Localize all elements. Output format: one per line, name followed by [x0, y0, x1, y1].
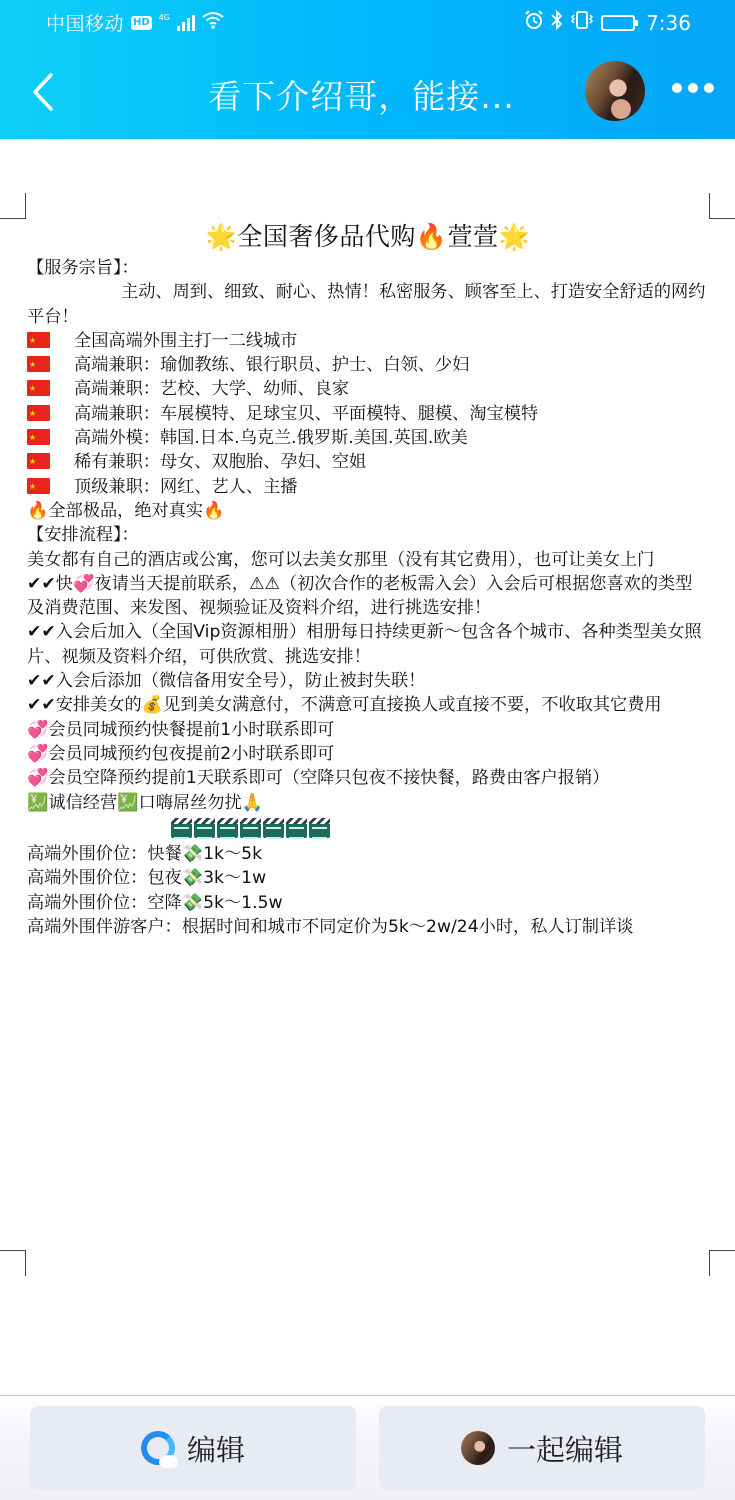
- edit-button[interactable]: 编辑: [30, 1406, 356, 1490]
- process-line: 💞会员同城预约包夜提前2小时联系即可: [27, 742, 709, 766]
- china-flag-icon: [27, 453, 50, 469]
- process-line: 💹诚信经营💹口嗨屌丝勿扰🙏: [27, 791, 709, 815]
- list-item: 高端外模：韩国.日本.乌克兰.俄罗斯.美国.英国.欧美: [27, 426, 709, 450]
- status-bar: 中国移动 HD 4G 7:36: [0, 0, 735, 45]
- price-line: 高端外围价位：快餐💸1k～5k: [27, 842, 709, 866]
- list-item: 高端兼职：瑜伽教练、银行职员、护士、白领、少妇: [27, 353, 709, 377]
- carrier-name: 中国移动: [46, 9, 124, 36]
- document-body[interactable]: 🌟全国奢侈品代购🔥萱萱🌟 【服务宗旨】： 主动、周到、细致、耐心、热情！私密服务…: [27, 219, 709, 939]
- clapperboard-icon: [217, 818, 238, 838]
- hd-badge: HD: [131, 16, 152, 30]
- cloud-edit-icon: [141, 1431, 175, 1465]
- margin-mark-bottom-left: [0, 1250, 26, 1276]
- china-flag-icon: [27, 332, 50, 348]
- nav-bar: 看下介绍哥，能接...: [0, 45, 735, 139]
- process-line: ✔✔快💞夜请当天提前联系，⚠⚠（初次合作的老板需入会）入会后可根据您喜欢的类型及…: [27, 572, 709, 621]
- process-line: ✔✔入会后添加（微信备用安全号），防止被封失联！: [27, 669, 709, 693]
- price-line: 高端外围伴游客户：根据时间和城市不同定价为5k～2w/24小时，私人订制详谈: [27, 915, 709, 939]
- more-button[interactable]: [672, 83, 714, 93]
- battery-icon: [601, 15, 635, 31]
- network-type: 4G: [159, 14, 170, 22]
- service-text: 主动、周到、细致、耐心、热情！私密服务、顾客至上、打造安全舒适的网约平台！: [27, 280, 709, 329]
- china-flag-icon: [27, 356, 50, 372]
- wifi-icon: [202, 11, 224, 34]
- price-line: 高端外围价位：包夜💸3k～1w: [27, 866, 709, 890]
- margin-mark-top-left: [0, 193, 26, 219]
- user-avatar[interactable]: [585, 61, 645, 121]
- process-line: ✔✔安排美女的💰见到美女满意付，不满意可直接换人或直接不要，不收取其它费用: [27, 693, 709, 717]
- process-heading: 【安排流程】：: [27, 523, 709, 547]
- list-item: 稀有兼职：母女、双胞胎、孕妇、空姐: [27, 450, 709, 474]
- list-item: 高端兼职：艺校、大学、幼师、良家: [27, 377, 709, 401]
- clapperboard-icon: [263, 818, 284, 838]
- bottom-action-bar: 编辑 一起编辑: [0, 1396, 735, 1500]
- clapperboard-icon: [309, 818, 330, 838]
- co-edit-button[interactable]: 一起编辑: [379, 1406, 705, 1490]
- china-flag-icon: [27, 429, 50, 445]
- edit-label: 编辑: [187, 1428, 245, 1469]
- list-item: 高端兼职：车展模特、足球宝贝、平面模特、腿模、淘宝模特: [27, 402, 709, 426]
- china-flag-icon: [27, 380, 50, 396]
- clapperboard-icon: [240, 818, 261, 838]
- list-item: 顶级兼职：网红、艺人、主播: [27, 475, 709, 499]
- price-line: 高端外围价位：空降💸5k～1.5w: [27, 891, 709, 915]
- status-left: 中国移动 HD 4G: [46, 9, 224, 36]
- app-header: 中国移动 HD 4G 7:36 看: [0, 0, 735, 139]
- clapperboard-icon: [171, 818, 192, 838]
- process-line: ✔✔入会后加入（全国Vip资源相册）相册每日持续更新～包含各个城市、各种类型美女…: [27, 620, 709, 669]
- clapperboard-icon: [286, 818, 307, 838]
- process-line: 💞会员同城预约快餐提前1小时联系即可: [27, 718, 709, 742]
- clapperboard-icon: [194, 818, 215, 838]
- document-page[interactable]: 🌟全国奢侈品代购🔥萱萱🌟 【服务宗旨】： 主动、周到、细致、耐心、热情！私密服务…: [0, 139, 735, 1395]
- highlight-line: 🔥全部极品，绝对真实🔥: [27, 499, 709, 523]
- margin-mark-top-right: [709, 193, 735, 219]
- signal-icon: [177, 15, 195, 31]
- service-heading: 【服务宗旨】：: [27, 256, 709, 280]
- collaborator-avatar-icon: [461, 1431, 495, 1465]
- china-flag-icon: [27, 478, 50, 494]
- clapperboard-row: [27, 815, 709, 842]
- status-right: 7:36: [524, 10, 691, 35]
- more-dots-icon: [672, 83, 682, 93]
- vibrate-icon: [570, 10, 594, 35]
- alarm-icon: [524, 10, 544, 35]
- process-line: 美女都有自己的酒店或公寓，您可以去美女那里（没有其它费用），也可让美女上门: [27, 548, 709, 572]
- clock: 7:36: [646, 11, 691, 35]
- margin-mark-bottom-right: [709, 1250, 735, 1276]
- document-title: 🌟全国奢侈品代购🔥萱萱🌟: [27, 219, 709, 255]
- china-flag-icon: [27, 405, 50, 421]
- process-line: 💞会员空降预约提前1天联系即可（空降只包夜不接快餐，路费由客户报销）: [27, 766, 709, 790]
- list-item: 全国高端外围主打一二线城市: [27, 329, 709, 353]
- co-edit-label: 一起编辑: [507, 1428, 623, 1469]
- bluetooth-icon: [551, 10, 563, 35]
